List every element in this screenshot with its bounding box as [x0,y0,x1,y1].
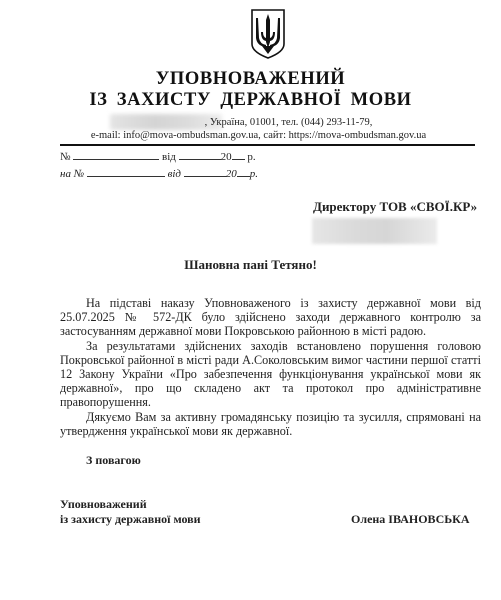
date-label: від [162,151,176,163]
incoming-number-line: на № від 20р. [60,166,258,180]
org-title-line1: УПОВНОВАЖЕНИЙ [0,69,501,90]
body-paragraph-3: Дякуємо Вам за активну громадянську пози… [60,410,481,438]
letter-page: УПОВНОВАЖЕНИЙ ІЗ ЗАХИСТУ ДЕРЖАВНОЇ МОВИ … [0,0,501,600]
header-divider [60,144,475,146]
reply-date-label: від [168,168,181,180]
reply-number-label: на № [60,168,84,180]
tryzub-coat-of-arms-icon [250,8,286,60]
signer-name: Олена ІВАНОВСЬКА [351,512,470,527]
contact-email-website: e-mail: info@mova-ombudsman.gov.ua, сайт… [8,130,501,141]
reply-year-prefix: 20 [226,168,237,180]
reply-year-field [237,166,250,177]
year-field [232,149,245,160]
number-field [73,149,159,160]
body-paragraph-2: За результатами здійснених заходів встан… [60,339,481,410]
number-label: № [60,151,71,163]
year-suffix: р. [247,151,255,163]
date-field [179,149,221,160]
closing-regards: З повагою [86,453,141,468]
org-title-line2: ІЗ ЗАХИСТУ ДЕРЖАВНОЇ МОВИ [0,90,501,111]
reply-number-field [87,166,165,177]
outgoing-number-line: № від 20 р. [60,149,256,163]
redacted-addressee-name [312,218,437,244]
reply-date-field [184,166,226,177]
letter-body: На підставі наказу Уповноваженого із зах… [60,296,481,438]
reply-year-suffix: р. [250,168,258,180]
salutation: Шановна пані Тетяно! [0,257,501,273]
contact-address-phone: , Україна, 01001, тел. (044) 293-11-79, [38,117,501,128]
signer-position-line1: Уповноважений [60,497,201,512]
addressee-title: Директору ТОВ «СВОЇ.КР» [313,199,477,215]
signer-position-line2: із захисту державної мови [60,512,201,527]
body-paragraph-1: На підставі наказу Уповноваженого із зах… [60,296,481,339]
signer-position: Уповноважений із захисту державної мови [60,497,201,527]
year-prefix: 20 [221,151,232,163]
